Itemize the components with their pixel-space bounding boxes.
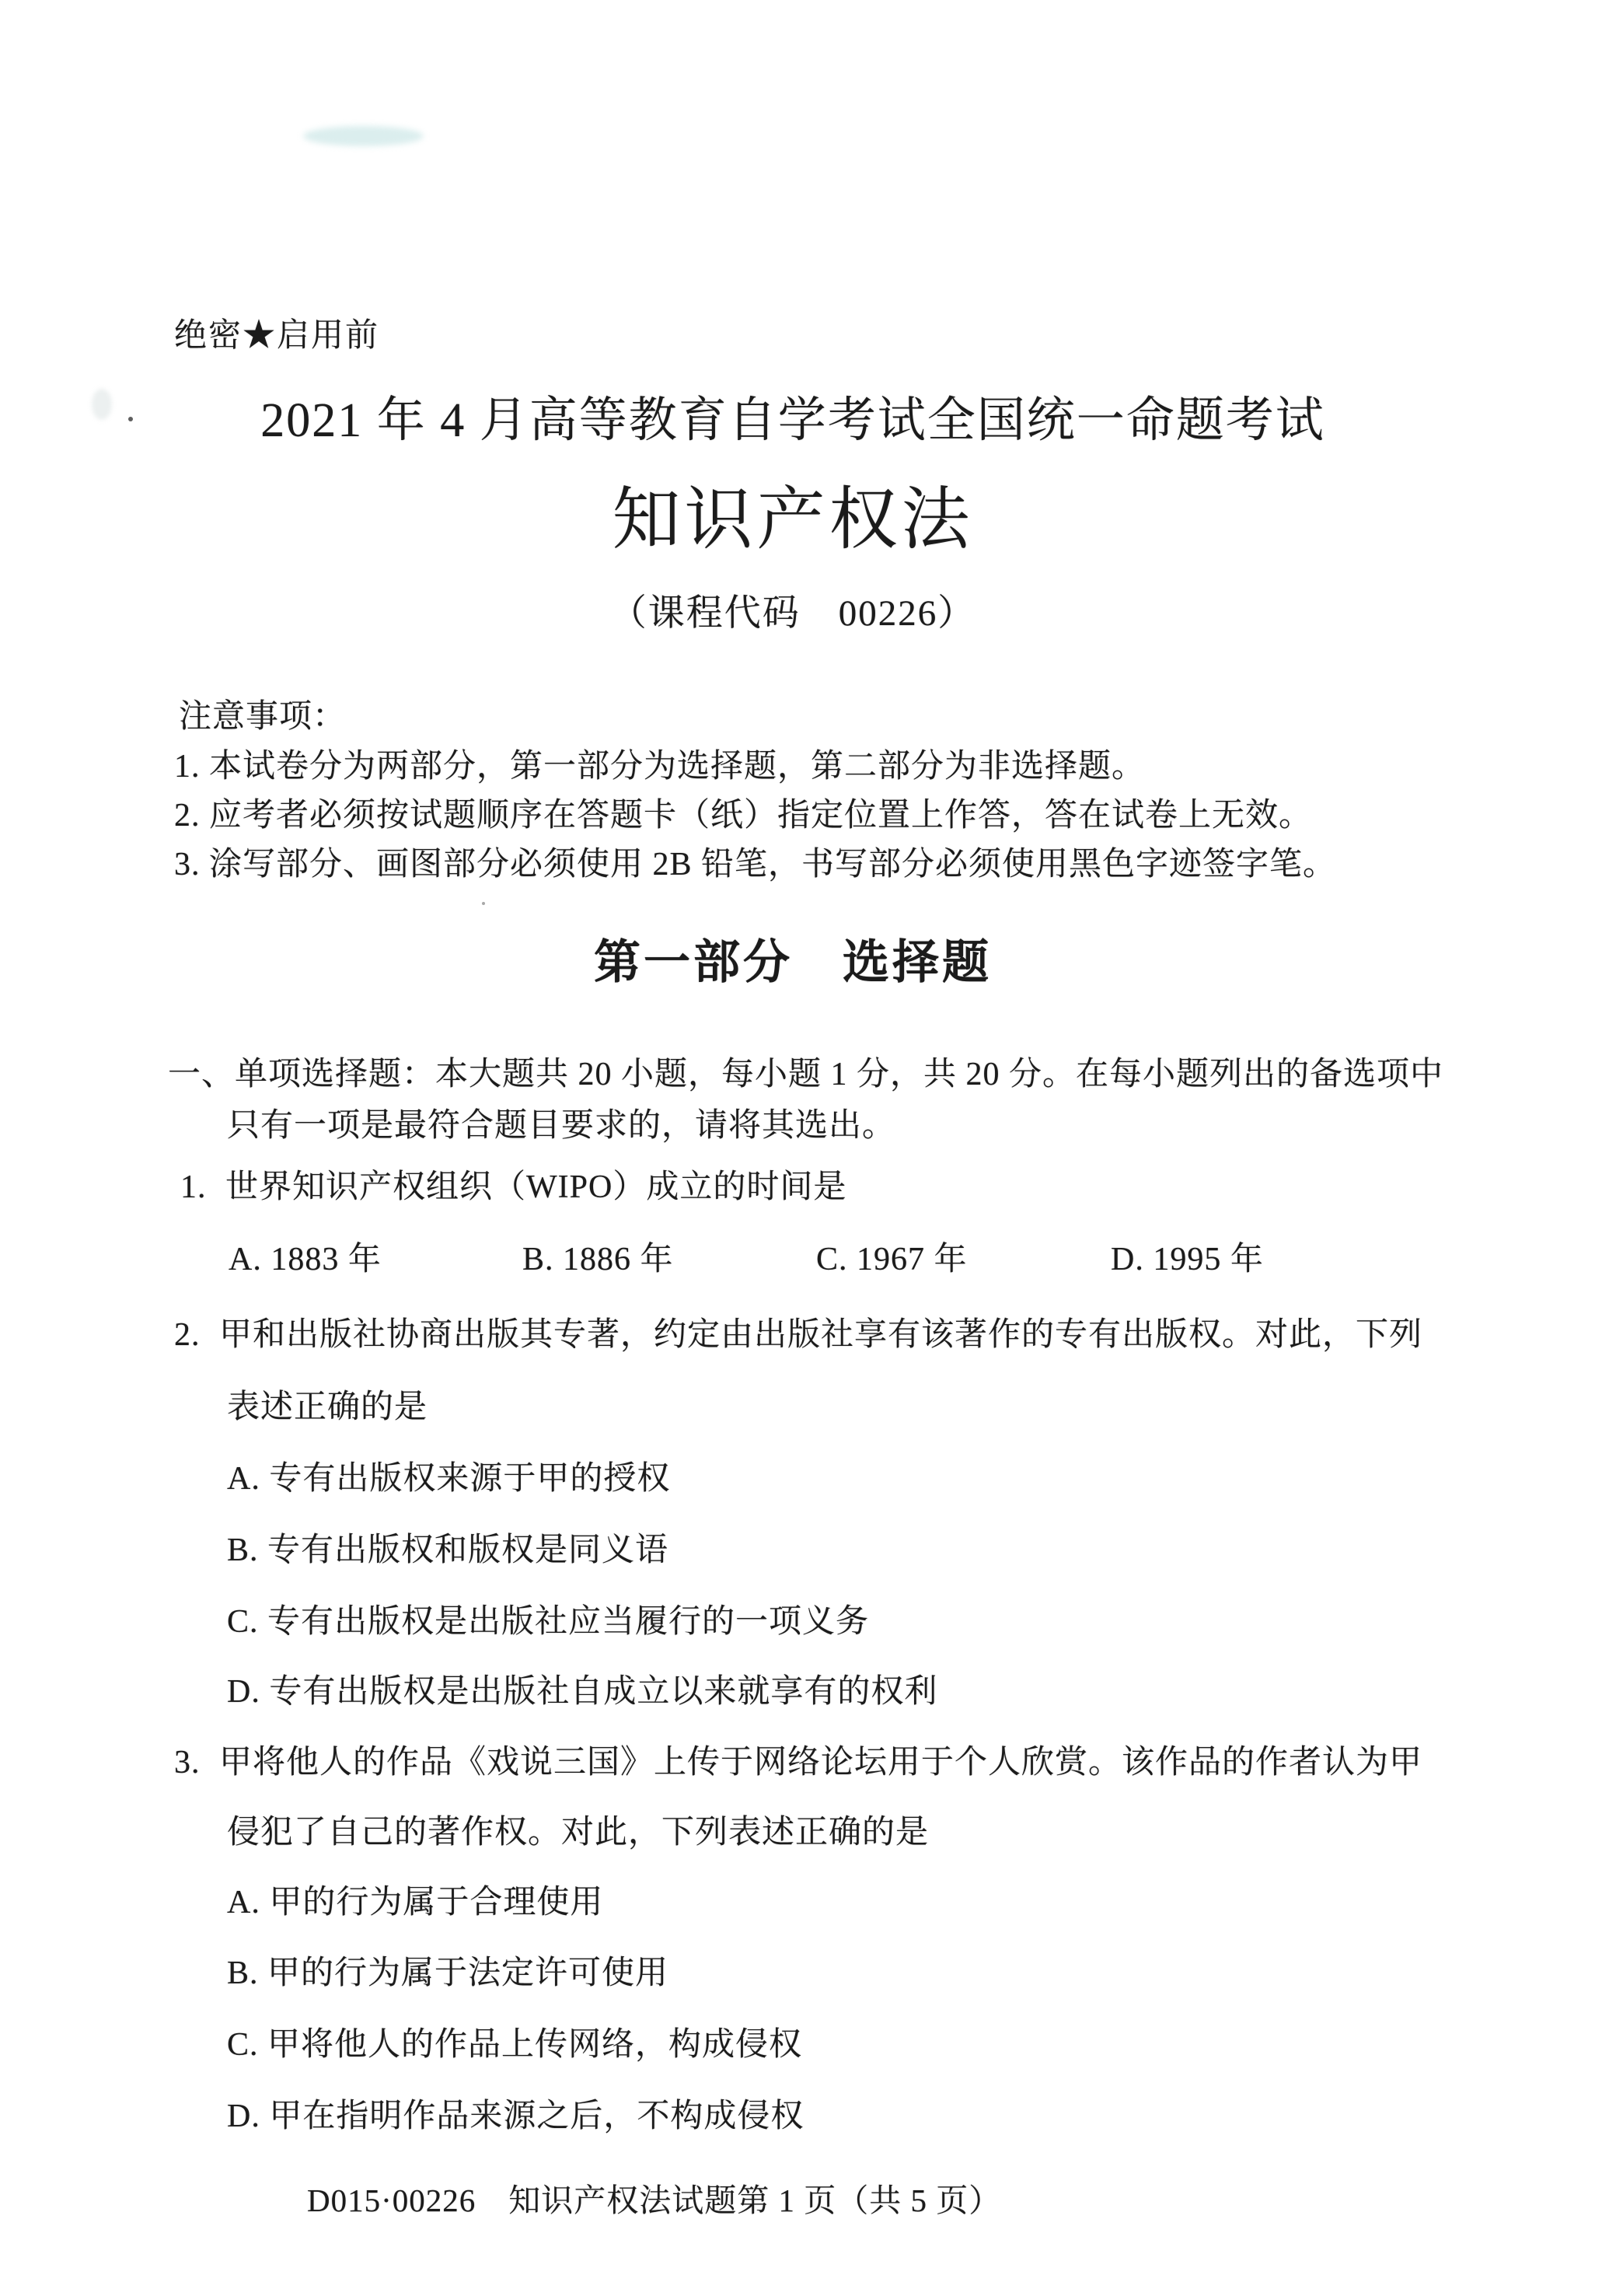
question-3-text: 甲将他人的作品《戏说三国》上传于网络论坛用于个人欣赏。该作品的作者认为甲 (219, 1745, 1422, 1781)
question-2-option-d: D. 专有出版权是出版社自成立以来就享有的权利 (227, 1673, 937, 1712)
course-code: （课程代码 00226） (0, 592, 1586, 635)
exam-session-title: 2021 年 4 月高等教育自学考试全国统一命题考试 (0, 393, 1586, 449)
question-1-number: 1. (180, 1169, 225, 1207)
question-3-option-c: C. 甲将他人的作品上传网络，构成侵权 (227, 2026, 802, 2065)
notice-item-1: 1. 本试卷分为两部分，第一部分为选择题，第二部分为非选择题。 (174, 748, 1145, 787)
single-choice-intro-line-2: 只有一项是最符合题目要求的，请将其选出。 (227, 1107, 895, 1146)
question-2-stem-line-1: 2.甲和出版社协商出版其专著，约定由出版社享有该著作的专有出版权。对此，下列 (174, 1316, 1422, 1355)
question-2-text: 甲和出版社协商出版其专著，约定由出版社享有该著作的专有出版权。对此，下列 (219, 1317, 1422, 1353)
question-1-option-a: A. 1883 年 (229, 1241, 382, 1280)
subject-title: 知识产权法 (0, 481, 1586, 561)
single-choice-intro-line-1: 一、单项选择题：本大题共 20 小题，每小题 1 分，共 20 分。在每小题列出… (168, 1056, 1443, 1095)
question-1-stem: 1.世界知识产权组织（WIPO）成立的时间是 (180, 1169, 846, 1207)
question-3-stem-line-2: 侵犯了自己的著作权。对此，下列表述正确的是 (227, 1814, 929, 1853)
question-3-option-d: D. 甲在指明作品来源之后，不构成侵权 (227, 2098, 804, 2137)
question-2-option-c: C. 专有出版权是出版社应当履行的一项义务 (227, 1603, 869, 1642)
question-1-option-d: D. 1995 年 (1111, 1241, 1264, 1280)
question-1-text: 世界知识产权组织（WIPO）成立的时间是 (225, 1169, 846, 1205)
question-1-option-b: B. 1886 年 (522, 1241, 674, 1280)
question-3-number: 3. (174, 1744, 219, 1783)
question-2-option-a: A. 专有出版权来源于甲的授权 (227, 1460, 670, 1499)
scan-speck (482, 902, 485, 905)
question-3-option-b: B. 甲的行为属于法定许可使用 (227, 1955, 668, 1994)
scan-smudge (303, 126, 424, 146)
notice-item-3: 3. 涂写部分、画图部分必须使用 2B 铅笔，书写部分必须使用黑色字迹签字笔。 (174, 846, 1336, 885)
question-3-stem-line-1: 3.甲将他人的作品《戏说三国》上传于网络论坛用于个人欣赏。该作品的作者认为甲 (174, 1744, 1422, 1783)
part-one-heading: 第一部分 选择题 (0, 935, 1586, 991)
question-1-options-row: A. 1883 年 B. 1886 年 C. 1967 年 D. 1995 年 (0, 1241, 1616, 1288)
notice-label: 注意事项： (179, 698, 346, 737)
question-2-option-b: B. 专有出版权和版权是同义语 (227, 1532, 668, 1571)
page-footer: D015·00226 知识产权法试题第 1 页（共 5 页） (307, 2182, 1001, 2219)
question-2-stem-line-2: 表述正确的是 (227, 1389, 428, 1428)
question-3-option-a: A. 甲的行为属于合理使用 (227, 1884, 603, 1923)
security-marking: 绝密★启用前 (174, 317, 379, 356)
question-1-option-c: C. 1967 年 (816, 1241, 968, 1280)
exam-paper-page: 绝密★启用前 2021 年 4 月高等教育自学考试全国统一命题考试 知识产权法 … (0, 0, 1616, 2296)
question-2-number: 2. (174, 1316, 219, 1355)
notice-item-2: 2. 应考者必须按试题顺序在答题卡（纸）指定位置上作答，答在试卷上无效。 (174, 797, 1312, 836)
